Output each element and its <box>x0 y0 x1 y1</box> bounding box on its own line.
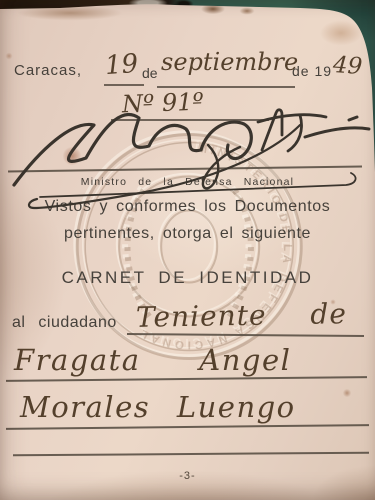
minister-signature <box>0 95 375 220</box>
de-label: de <box>142 65 158 81</box>
handwritten-rank-line-2: Fragata Angel <box>14 343 291 377</box>
statement-line-2: pertinentes, otorga el siguiente <box>0 225 375 243</box>
ruled-line-3 <box>6 424 369 429</box>
title-underline <box>0 0 45 2</box>
year-prefix-label: de 19 <box>292 63 332 79</box>
recipient-label: al ciudadano <box>12 314 117 332</box>
handwritten-month: septiembre <box>161 48 298 76</box>
handwritten-name-line: Morales Luengo <box>20 390 296 424</box>
ruled-line-1 <box>127 333 364 337</box>
document-photo: MINISTERIO DE LA DEFENSA NACIONAL MINIST… <box>0 0 375 500</box>
handwritten-rank-line-1: Teniente de <box>136 297 347 334</box>
city-label: Caracas, <box>14 62 82 79</box>
carnet-page: MINISTERIO DE LA DEFENSA NACIONAL MINIST… <box>0 0 375 500</box>
document-title: CARNET DE IDENTIDAD <box>0 268 375 288</box>
handwritten-year: 49 <box>332 52 363 80</box>
handwritten-day: 19 <box>104 49 139 81</box>
ruled-line-4-empty <box>13 452 369 456</box>
month-underline <box>157 86 295 88</box>
day-underline <box>104 84 144 86</box>
page-number: -3- <box>0 470 375 482</box>
